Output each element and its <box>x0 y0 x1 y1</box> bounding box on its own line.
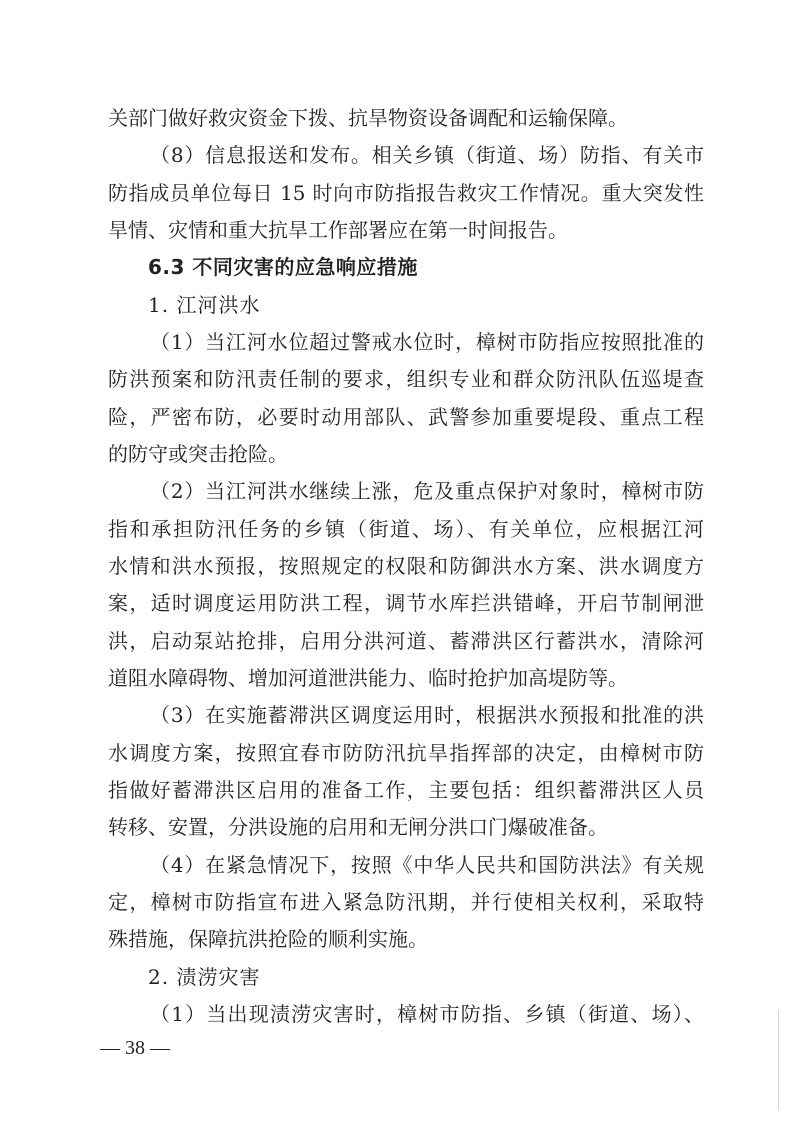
text-line: 水情和洪水预报，按照规定的权限和防御洪水方案、洪水调度方 <box>108 551 704 581</box>
text-line: （1）当出现渍涝灾害时，樟树市防指、乡镇（街道、场）、 <box>150 999 704 1029</box>
text-line: 洪，启动泵站抢排，启用分洪河道、蓄滞洪区行蓄洪水，清除河 <box>108 626 704 656</box>
text-line: 殊措施，保障抗洪抢险的顺利实施。 <box>108 924 704 954</box>
text-line: 防指成员单位每日 15 时向市防指报告救灾工作情况。重大突发性 <box>108 178 704 208</box>
text-line: 指和承担防汛任务的乡镇（街道、场）、有关单位，应根据江河 <box>108 514 704 544</box>
text-line: （3）在实施蓄滞洪区调度运用时，根据洪水预报和批准的洪 <box>150 700 704 730</box>
text-line: （4）在紧急情况下，按照《中华人民共和国防洪法》有关规 <box>150 850 704 880</box>
text-line: 旱情、灾情和重大抗旱工作部署应在第一时间报告。 <box>108 215 704 245</box>
text-line: 定，樟树市防指宣布进入紧急防汛期，并行使相关权利，采取特 <box>108 887 704 917</box>
text-line: 案，适时调度运用防洪工程，调节水库拦洪错峰，开启节制闸泄 <box>108 588 704 618</box>
page-number: — 38 — <box>100 1034 170 1062</box>
text-line: （8）信息报送和发布。相关乡镇（街道、场）防指、有关市 <box>150 140 704 170</box>
text-line: 险，严密布防，必要时动用部队、武警参加重要堤段、重点工程 <box>108 402 704 432</box>
text-line: 指做好蓄滞洪区启用的准备工作，主要包括：组织蓄滞洪区人员 <box>108 775 704 805</box>
text-line: 关部门做好救灾资金下拨、抗旱物资设备调配和运输保障。 <box>108 103 704 133</box>
subsection-heading: 1. 江河洪水 <box>148 290 260 320</box>
text-line: 道阻水障碍物、增加河道泄洪能力、临时抢护加高堤防等。 <box>108 663 704 693</box>
text-line: 水调度方案，按照宜春市防防汛抗旱指挥部的决定，由樟树市防 <box>108 738 704 768</box>
text-line: 防洪预案和防汛责任制的要求，组织专业和群众防汛队伍巡堤查 <box>108 364 704 394</box>
section-heading: 6.3 不同灾害的应急响应措施 <box>148 252 418 282</box>
text-line: （1）当江河水位超过警戒水位时，樟树市防指应按照批准的 <box>150 327 704 357</box>
text-line: 的防守或突击抢险。 <box>108 439 704 469</box>
text-line: （2）当江河洪水继续上涨，危及重点保护对象时，樟树市防 <box>150 476 704 506</box>
scan-artifact-line <box>778 1010 779 1110</box>
subsection-heading: 2. 渍涝灾害 <box>148 962 260 992</box>
text-line: 转移、安置，分洪设施的启用和无闸分洪口门爆破准备。 <box>108 812 704 842</box>
document-page: 关部门做好救灾资金下拨、抗旱物资设备调配和运输保障。（8）信息报送和发布。相关乡… <box>0 0 793 1122</box>
